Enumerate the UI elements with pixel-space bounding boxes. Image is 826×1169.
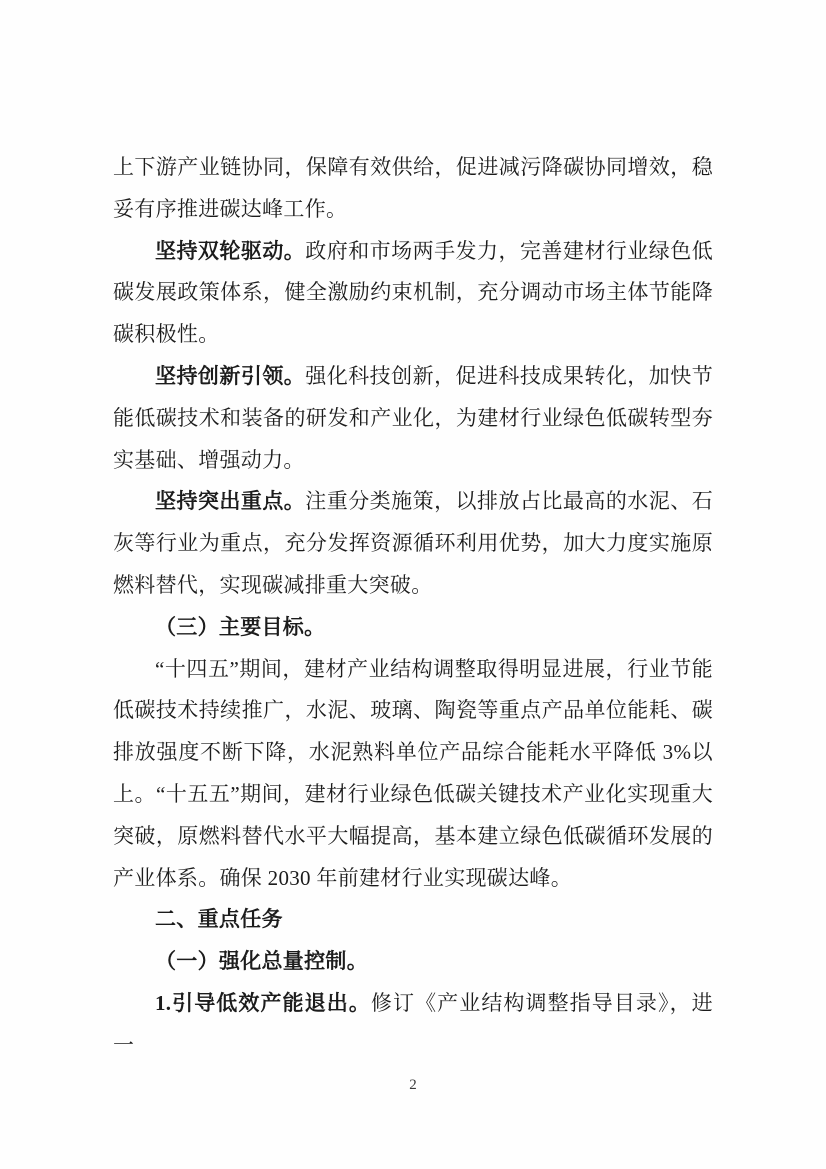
paragraph-dual-drive: 坚持双轮驱动。政府和市场两手发力，完善建材行业绿色低碳发展政策体系，健全激励约束… <box>113 231 713 356</box>
paragraph-text: “十四五”期间，建材产业结构调整取得明显进展，行业节能低碳技术持续推广，水泥、玻… <box>113 657 713 890</box>
paragraph-key-focus: 坚持突出重点。注重分类施策，以排放占比最高的水泥、石灰等行业为重点，充分发挥资源… <box>113 481 713 606</box>
paragraph-lead: 坚持突出重点。 <box>155 489 305 513</box>
heading-total-control: （一）强化总量控制。 <box>113 941 713 983</box>
paragraph-innovation: 坚持创新引领。强化科技创新，促进科技成果转化，加快节能低碳技术和装备的研发和产业… <box>113 356 713 481</box>
heading-main-goals: （三）主要目标。 <box>113 607 713 649</box>
paragraph-text: 上下游产业链协同，保障有效供给，促进减污降碳协同增效，稳妥有序推进碳达峰工作。 <box>113 155 713 221</box>
paragraph-goals-detail: “十四五”期间，建材产业结构调整取得明显进展，行业节能低碳技术持续推广，水泥、玻… <box>113 649 713 900</box>
document-body: 上下游产业链协同，保障有效供给，促进减污降碳协同增效，稳妥有序推进碳达峰工作。 … <box>113 147 713 1067</box>
paragraph-lead: 1.引导低效产能退出。 <box>155 991 371 1015</box>
document-page: 上下游产业链协同，保障有效供给，促进减污降碳协同增效，稳妥有序推进碳达峰工作。 … <box>0 0 826 1169</box>
heading-key-tasks: 二、重点任务 <box>113 899 713 941</box>
heading-text: （一）强化总量控制。 <box>155 949 368 973</box>
paragraph-lead: 坚持创新引领。 <box>155 364 305 388</box>
heading-text: 二、重点任务 <box>155 907 283 931</box>
heading-text: （三）主要目标。 <box>155 615 325 639</box>
paragraph-capacity-exit: 1.引导低效产能退出。修订《产业结构调整指导目录》，进一 <box>113 983 713 1067</box>
page-number: 2 <box>0 1075 826 1095</box>
paragraph-lead: 坚持双轮驱动。 <box>155 239 305 263</box>
paragraph-continuation: 上下游产业链协同，保障有效供给，促进减污降碳协同增效，稳妥有序推进碳达峰工作。 <box>113 147 713 231</box>
